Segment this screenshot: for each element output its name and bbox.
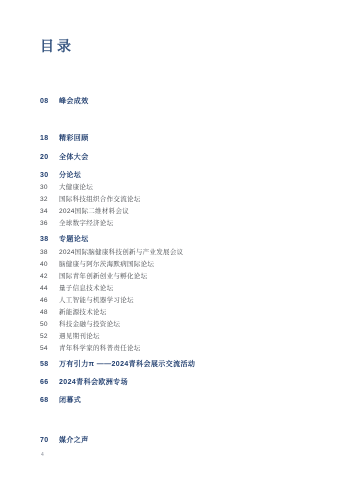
toc-entry-number: 20 bbox=[40, 154, 59, 162]
folio-page-number: 4 bbox=[41, 452, 44, 458]
toc-entry-title: 2024国际脑健康科技创新与产业发展会议 bbox=[59, 249, 341, 257]
toc-entry: 44 量子信息技术论坛 bbox=[40, 285, 341, 293]
toc-entry-number: 50 bbox=[40, 321, 59, 329]
toc-entry-title: 遇见期刊论坛 bbox=[59, 333, 341, 341]
toc-entry-number: 30 bbox=[40, 184, 59, 192]
toc-entry: 20 全体大会 bbox=[40, 154, 341, 162]
toc-entry: 32 国际科技组织合作交流论坛 bbox=[40, 196, 341, 204]
toc-entry: 48 新能源技术论坛 bbox=[40, 309, 341, 317]
toc-entry-title: 峰会成效 bbox=[59, 98, 341, 106]
toc-entry-title: 国际青年创新创业与孵化论坛 bbox=[59, 273, 341, 281]
toc-entry-title: 全球数字经济论坛 bbox=[59, 220, 341, 228]
toc-entry-number: 40 bbox=[40, 261, 59, 269]
toc-entry-number: 08 bbox=[40, 98, 59, 106]
toc-entry: 70 媒介之声 bbox=[40, 437, 341, 445]
toc-entry-number: 48 bbox=[40, 309, 59, 317]
toc-entry-number: 38 bbox=[40, 236, 59, 244]
toc-page: 目录 08 峰会成效 18 精彩回顾 20 全体大会 30 分论坛 30 大健康… bbox=[0, 0, 361, 480]
toc-entry-title: 专题论坛 bbox=[59, 236, 341, 244]
toc-list: 08 峰会成效 18 精彩回顾 20 全体大会 30 分论坛 30 大健康论坛 … bbox=[40, 98, 341, 445]
toc-entry-title: 量子信息技术论坛 bbox=[59, 285, 341, 293]
toc-entry-title: 分论坛 bbox=[59, 172, 341, 180]
toc-entry-title: 人工智能与机器学习论坛 bbox=[59, 297, 341, 305]
toc-entry: 38 专题论坛 bbox=[40, 236, 341, 244]
toc-entry: 50 科技金融与投资论坛 bbox=[40, 321, 341, 329]
toc-entry-title: 2024青科会欧洲专场 bbox=[59, 379, 341, 387]
toc-entry-number: 32 bbox=[40, 196, 59, 204]
toc-entry-number: 66 bbox=[40, 379, 59, 387]
toc-entry: 42 国际青年创新创业与孵化论坛 bbox=[40, 273, 341, 281]
toc-entry-number: 36 bbox=[40, 220, 59, 228]
toc-entry: 36 全球数字经济论坛 bbox=[40, 220, 341, 228]
toc-entry-number: 68 bbox=[40, 397, 59, 405]
toc-entry-number: 42 bbox=[40, 273, 59, 281]
toc-entry-number: 52 bbox=[40, 333, 59, 341]
toc-entry-number: 46 bbox=[40, 297, 59, 305]
toc-entry-title: 闭幕式 bbox=[59, 397, 341, 405]
toc-entry: 08 峰会成效 bbox=[40, 98, 341, 106]
toc-entry-number: 54 bbox=[40, 345, 59, 353]
page-title: 目录 bbox=[40, 36, 74, 56]
toc-entry: 66 2024青科会欧洲专场 bbox=[40, 379, 341, 387]
toc-entry: 30 分论坛 bbox=[40, 172, 341, 180]
toc-entry: 30 大健康论坛 bbox=[40, 184, 341, 192]
toc-entry-number: 70 bbox=[40, 437, 59, 445]
toc-entry-number: 30 bbox=[40, 172, 59, 180]
toc-entry: 52 遇见期刊论坛 bbox=[40, 333, 341, 341]
toc-entry-title: 国际科技组织合作交流论坛 bbox=[59, 196, 341, 204]
toc-entry-number: 38 bbox=[40, 249, 59, 257]
toc-entry: 68 闭幕式 bbox=[40, 397, 341, 405]
toc-entry-title: 万有引力π ——2024青科会展示交流活动 bbox=[59, 361, 341, 369]
toc-entry: 58 万有引力π ——2024青科会展示交流活动 bbox=[40, 361, 341, 369]
toc-entry: 46 人工智能与机器学习论坛 bbox=[40, 297, 341, 305]
toc-entry: 40 脑健康与阿尔茨海默病国际论坛 bbox=[40, 261, 341, 269]
toc-entry-number: 44 bbox=[40, 285, 59, 293]
toc-entry: 38 2024国际脑健康科技创新与产业发展会议 bbox=[40, 249, 341, 257]
toc-entry-title: 媒介之声 bbox=[59, 437, 341, 445]
toc-entry-title: 脑健康与阿尔茨海默病国际论坛 bbox=[59, 261, 341, 269]
toc-entry-number: 34 bbox=[40, 208, 59, 216]
toc-entry: 54 青年科学家的科普责任论坛 bbox=[40, 345, 341, 353]
toc-entry-title: 2024国际二维材料会议 bbox=[59, 208, 341, 216]
toc-entry-title: 新能源技术论坛 bbox=[59, 309, 341, 317]
toc-entry-number: 58 bbox=[40, 361, 59, 369]
toc-entry-title: 大健康论坛 bbox=[59, 184, 341, 192]
toc-entry-number: 18 bbox=[40, 135, 59, 143]
toc-entry-title: 精彩回顾 bbox=[59, 135, 341, 143]
toc-entry: 34 2024国际二维材料会议 bbox=[40, 208, 341, 216]
toc-entry-title: 全体大会 bbox=[59, 154, 341, 162]
toc-entry-title: 青年科学家的科普责任论坛 bbox=[59, 345, 341, 353]
toc-entry-title: 科技金融与投资论坛 bbox=[59, 321, 341, 329]
toc-entry: 18 精彩回顾 bbox=[40, 135, 341, 143]
